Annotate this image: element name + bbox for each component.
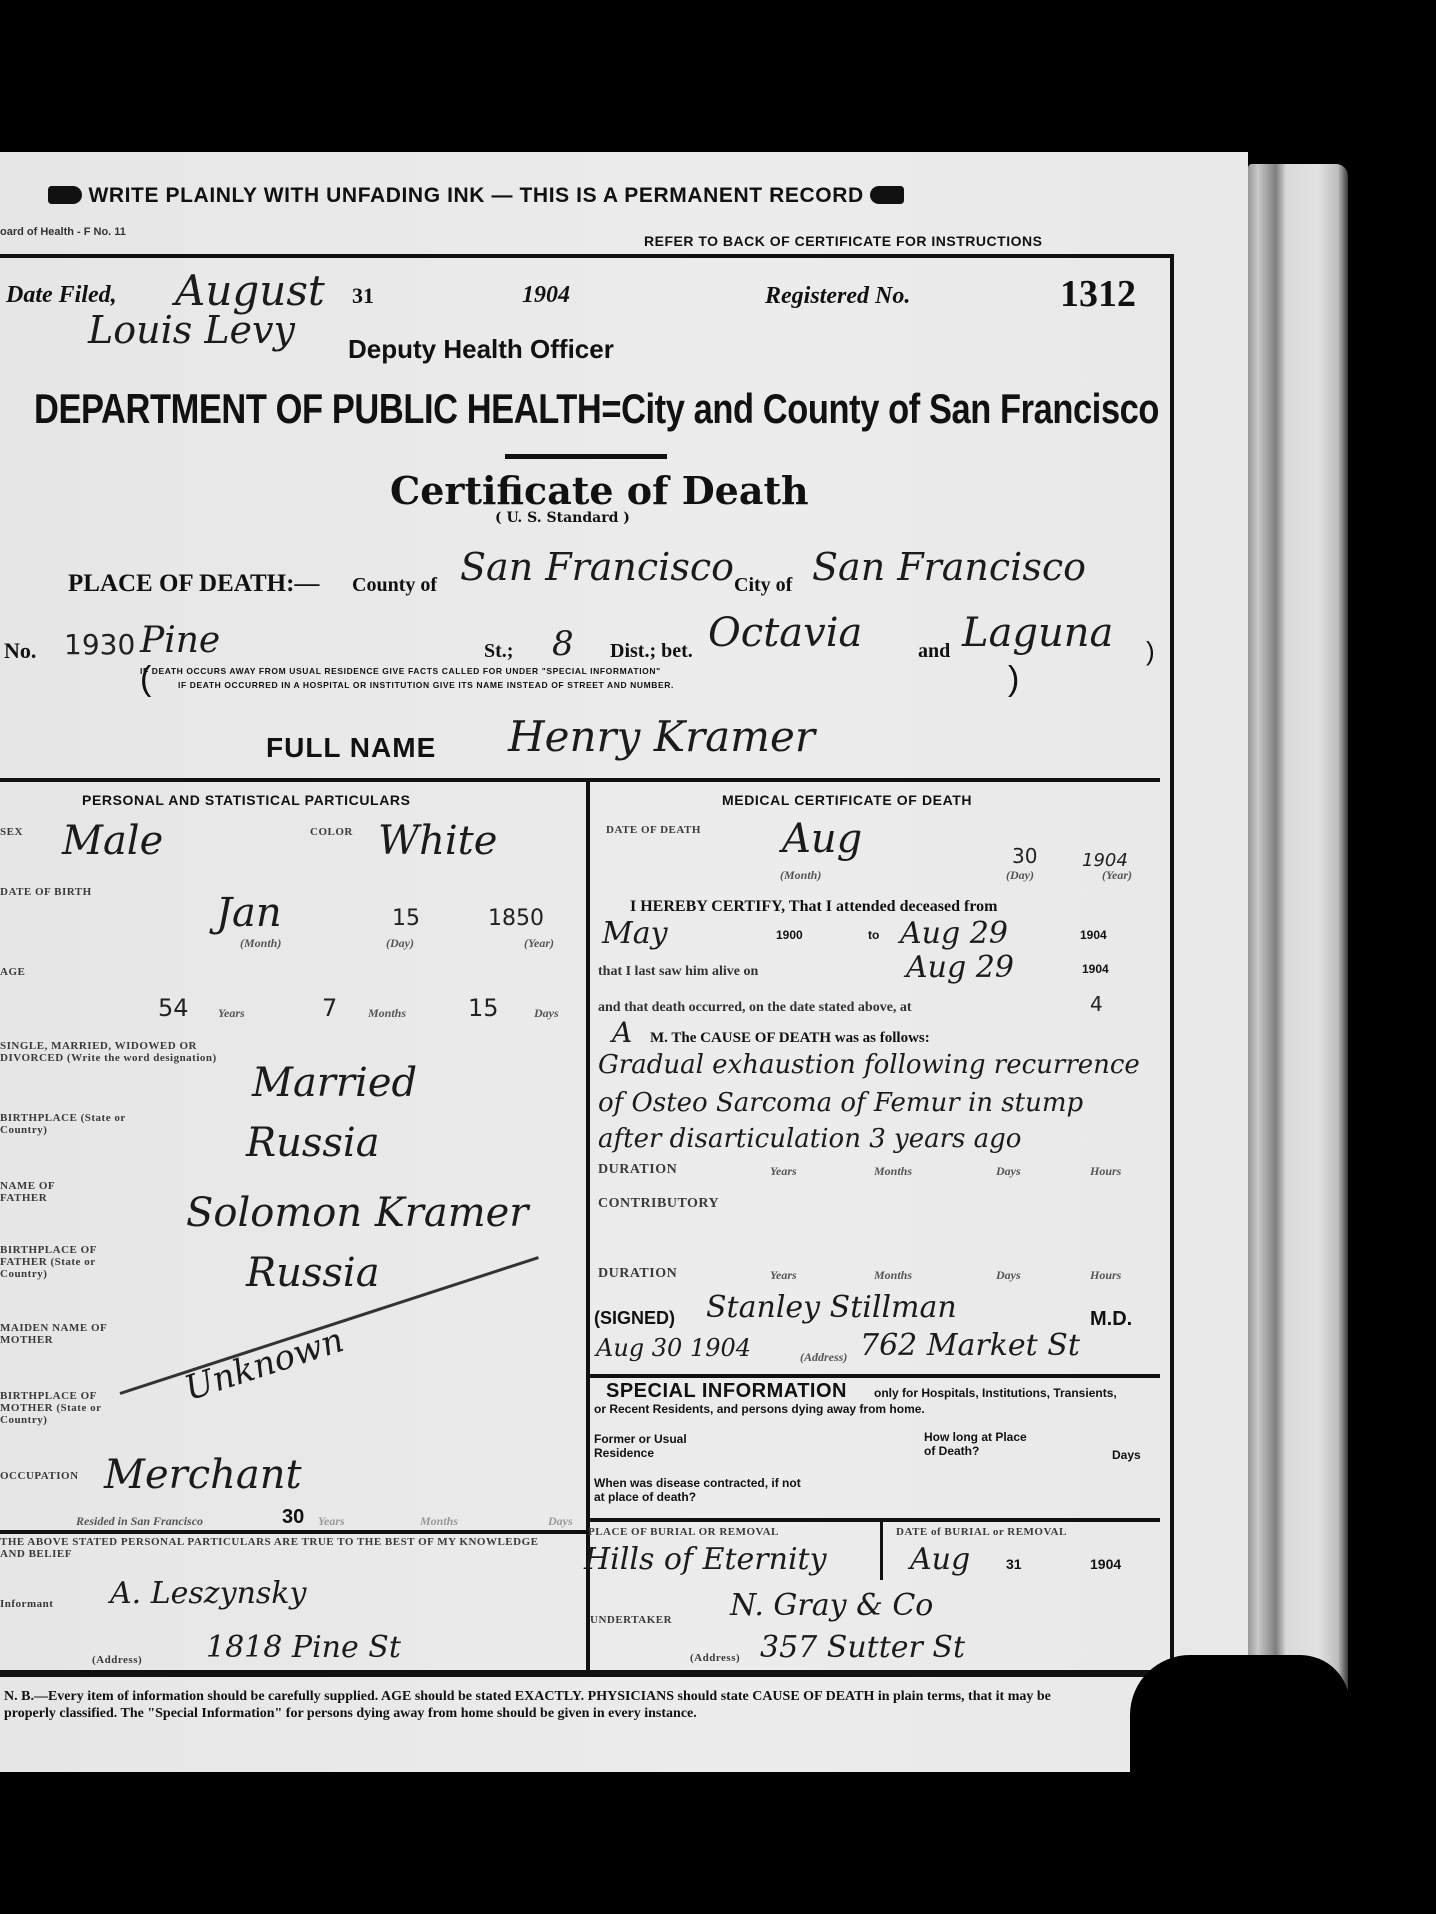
dob-day: 15	[392, 906, 420, 931]
how-long-label: How long at Place of Death?	[924, 1430, 1034, 1458]
last-saw-year: 1904	[1082, 962, 1109, 976]
am-pm-value: A	[612, 1016, 632, 1049]
dod-month: Aug	[782, 816, 862, 862]
certificate-title: Certificate of Death	[390, 468, 809, 513]
dod-year-caption: (Year)	[1102, 868, 1132, 883]
date-filed-day: 31	[352, 283, 374, 309]
city-value: San Francisco	[812, 545, 1086, 589]
burial-date-label: DATE of BURIAL or REMOVAL	[896, 1526, 1067, 1538]
physician-signature: Stanley Stillman	[706, 1290, 957, 1325]
father-value: Solomon Kramer	[186, 1190, 528, 1236]
to-label: to	[868, 928, 879, 942]
date-filed-year: 1904	[522, 282, 570, 309]
banner-text: WRITE PLAINLY WITH UNFADING INK — THIS I…	[88, 184, 863, 207]
days-label: Days	[1112, 1448, 1141, 1462]
pointing-hand-icon	[48, 186, 82, 204]
paren: )	[1008, 660, 1019, 699]
informant-address-label: (Address)	[92, 1654, 142, 1666]
book-binding	[1248, 164, 1348, 1804]
city-label: City of	[734, 574, 792, 597]
certificate-subtitle: ( U. S. Standard )	[495, 510, 630, 526]
instructions-note: REFER TO BACK OF CERTIFICATE FOR INSTRUC…	[644, 233, 1042, 249]
medical-heading: MEDICAL CERTIFICATE OF DEATH	[722, 792, 972, 808]
resided-years-caption: Years	[318, 1514, 345, 1529]
signed-label: (SIGNED)	[594, 1308, 675, 1329]
dob-year: 1850	[488, 906, 544, 931]
age-label: AGE	[0, 966, 25, 978]
duration-hours-2: Hours	[1090, 1268, 1121, 1283]
registered-number: 1312	[1060, 272, 1136, 316]
father-birthplace-label: BIRTHPLACE OF FATHER (State or Country)	[0, 1244, 140, 1280]
department-title: DEPARTMENT OF PUBLIC HEALTH=City and Cou…	[34, 385, 1159, 433]
color-value: White	[378, 818, 497, 864]
special-note-2: or Recent Residents, and persons dying a…	[594, 1402, 925, 1416]
duration-years-2: Years	[770, 1268, 797, 1283]
death-hour: 4	[1090, 992, 1103, 1016]
district-label: Dist.; bet.	[610, 640, 693, 663]
county-value: San Francisco	[460, 545, 734, 589]
age-months: 7	[322, 994, 337, 1022]
duration-days-2: Days	[996, 1268, 1021, 1283]
attended-to-year: 1904	[1080, 928, 1107, 942]
undertaker-address: 357 Sutter St	[760, 1630, 965, 1665]
occupation-value: Merchant	[104, 1452, 302, 1498]
street-label: St.;	[484, 640, 513, 663]
burial-divider	[880, 1520, 883, 1580]
cause-line: of Osteo Sarcoma of Femur in stump	[598, 1088, 1083, 1118]
last-saw-date: Aug 29	[906, 950, 1014, 985]
dod-day-caption: (Day)	[1006, 868, 1034, 883]
attended-to: Aug 29	[900, 916, 1008, 951]
attended-from-year: 1900	[776, 928, 803, 942]
mother-label: MAIDEN NAME OF MOTHER	[0, 1322, 140, 1346]
informant-label: Informant	[0, 1598, 53, 1610]
resided-days-caption: Days	[548, 1514, 573, 1529]
street-value: Pine	[140, 620, 220, 661]
dark-shadow	[1130, 1655, 1350, 1914]
occurred-text: and that death occurred, on the date sta…	[598, 1000, 912, 1016]
marital-label: SINGLE, MARRIED, WIDOWED OR DIVORCED (Wr…	[0, 1040, 220, 1064]
burial-year: 1904	[1090, 1556, 1121, 1572]
duration-label: DURATION	[598, 1164, 677, 1176]
section-divider	[588, 1374, 1160, 1378]
attended-from: May	[602, 916, 668, 951]
section-divider	[588, 1518, 1160, 1522]
contracted-label: When was disease contracted, if not at p…	[594, 1476, 814, 1504]
burial-place: Hills of Eternity	[584, 1542, 827, 1577]
dod-label: DATE OF DEATH	[606, 824, 701, 836]
registered-label: Registered No.	[765, 283, 910, 310]
resided-months-caption: Months	[420, 1514, 458, 1529]
undertaker-label: UNDERTAKER	[590, 1614, 672, 1626]
age-years-caption: Years	[218, 1006, 245, 1021]
special-heading: SPECIAL INFORMATION	[606, 1380, 847, 1403]
contributory-label: CONTRIBUTORY	[598, 1198, 719, 1210]
birthplace-label: BIRTHPLACE (State or Country)	[0, 1112, 160, 1136]
md-label: M.D.	[1090, 1308, 1132, 1331]
father-birthplace-value: Russia	[246, 1250, 380, 1296]
between-street-1: Octavia	[708, 610, 862, 656]
form-code: oard of Health - F No. 11	[0, 226, 126, 238]
place-of-death-label: PLACE OF DEATH:—	[68, 570, 319, 598]
header-banner: WRITE PLAINLY WITH UNFADING INK — THIS I…	[48, 184, 904, 208]
personal-heading: PERSONAL AND STATISTICAL PARTICULARS	[82, 792, 411, 808]
ward-value: 8	[552, 624, 574, 664]
age-years: 54	[158, 994, 189, 1022]
between-street-2: Laguna	[962, 610, 1113, 656]
age-days: 15	[468, 994, 499, 1022]
undertaker-address-label: (Address)	[690, 1652, 740, 1664]
section-divider	[0, 1530, 588, 1534]
informant-statement: THE ABOVE STATED PERSONAL PARTICULARS AR…	[0, 1536, 562, 1560]
year-caption: (Year)	[524, 936, 554, 951]
color-label: COLOR	[310, 826, 353, 838]
column-divider	[586, 780, 590, 1672]
day-caption: (Day)	[386, 936, 414, 951]
burial-month: Aug	[910, 1542, 970, 1577]
duration-hours: Hours	[1090, 1164, 1121, 1179]
former-residence-label: Former or Usual Residence	[594, 1432, 694, 1460]
undertaker-name: N. Gray & Co	[730, 1588, 933, 1623]
informant-address: 1818 Pine St	[206, 1630, 401, 1665]
signed-date: Aug 30 1904	[596, 1334, 751, 1362]
cause-line: after disarticulation 3 years ago	[598, 1124, 1021, 1154]
age-months-caption: Months	[368, 1006, 406, 1021]
title-rule	[505, 454, 667, 459]
sex-value: Male	[62, 818, 163, 864]
age-days-caption: Days	[534, 1006, 559, 1021]
cause-intro: M. The CAUSE OF DEATH was as follows:	[650, 1030, 930, 1047]
burial-place-label: PLACE OF BURIAL OR REMOVAL	[588, 1526, 779, 1538]
dob-month: Jan	[216, 890, 282, 936]
duration-months-2: Months	[874, 1268, 912, 1283]
section-divider	[0, 778, 1160, 782]
residence-note-2: IF DEATH OCCURRED IN A HOSPITAL OR INSTI…	[178, 680, 674, 690]
full-name-label: FULL NAME	[266, 732, 436, 764]
officer-signature: Louis Levy	[88, 308, 295, 352]
street-number-label: No.	[4, 638, 36, 664]
duration-label-2: DURATION	[598, 1268, 677, 1280]
dod-day: 30	[1012, 844, 1037, 868]
birthplace-value: Russia	[246, 1120, 380, 1166]
dob-label: DATE OF BIRTH	[0, 886, 92, 898]
father-label: NAME OF FATHER	[0, 1180, 100, 1204]
footer-note: N. B.—Every item of information should b…	[4, 1688, 1074, 1722]
month-caption: (Month)	[240, 936, 281, 951]
street-number-value: 1930	[64, 628, 135, 661]
duration-years: Years	[770, 1164, 797, 1179]
full-name-value: Henry Kramer	[508, 712, 815, 761]
pointing-hand-icon	[870, 186, 904, 204]
residence-note-1: IF DEATH OCCURS AWAY FROM USUAL RESIDENC…	[140, 666, 661, 676]
occupation-label: OCCUPATION	[0, 1470, 79, 1482]
special-note: only for Hospitals, Institutions, Transi…	[874, 1386, 1117, 1400]
physician-address: 762 Market St	[860, 1328, 1080, 1363]
officer-title: Deputy Health Officer	[348, 334, 614, 365]
mother-birthplace-label: BIRTHPLACE OF MOTHER (State or Country)	[0, 1390, 140, 1426]
county-label: County of	[352, 574, 437, 597]
date-filed-label: Date Filed,	[6, 282, 117, 309]
and-label: and	[918, 640, 950, 663]
dod-month-caption: (Month)	[780, 868, 821, 883]
sex-label: SEX	[0, 826, 23, 838]
physician-address-label: (Address)	[800, 1350, 847, 1365]
certify-text: I HEREBY CERTIFY, That I attended deceas…	[630, 898, 997, 916]
cause-line: Gradual exhaustion following recurrence	[598, 1050, 1140, 1080]
duration-months: Months	[874, 1164, 912, 1179]
resided-years: 30	[282, 1506, 304, 1529]
duration-days: Days	[996, 1164, 1021, 1179]
paren: )	[1146, 636, 1155, 667]
informant-name: A. Leszynsky	[110, 1576, 306, 1611]
bottom-rule	[0, 1672, 1160, 1677]
marital-value: Married	[252, 1060, 417, 1106]
burial-day: 31	[1006, 1556, 1022, 1572]
last-saw-text: that I last saw him alive on	[598, 964, 758, 980]
resided-label: Resided in San Francisco	[76, 1514, 203, 1529]
